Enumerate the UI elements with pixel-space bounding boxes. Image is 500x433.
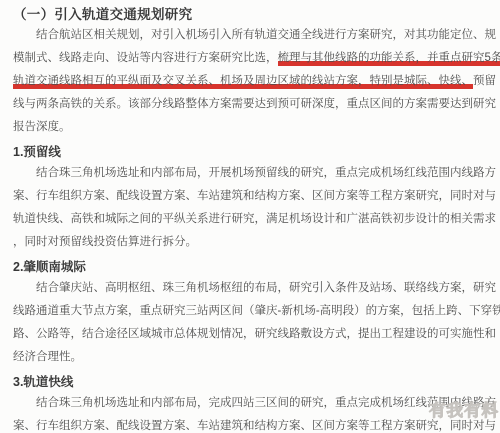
text-line: 案、行车组织方案、配线设置方案、车站建筑和结构方案、区间方案等工程方案研究，同时… [13, 415, 496, 433]
text-segment: 线路通道重大节点方案，重点研究三站两区间（肇庆-新机场-高明段）的方案，包括上跨… [13, 305, 500, 317]
text-segment: 案、行车组织方案、配线设置方案、车站建筑和结构方案、区间方案等工程方案研究，同时… [13, 420, 496, 432]
text-segment: 轨道快线、高铁和城际之间的平纵关系进行研究，满足机场设计和广湛高铁初步设计的相关… [13, 213, 496, 225]
paragraph: 结合珠三角机场选址和内部布局，开展机场预留线的研究，重点完成机场红线范围内线路方… [13, 162, 496, 254]
paragraph: 结合航站区相关规划，对引入机场引入所有轨道交通全线进行方案研究，对其功能定位、规… [13, 24, 496, 139]
document-body: 结合航站区相关规划，对引入机场引入所有轨道交通全线进行方案研究，对其功能定位、规… [13, 24, 496, 433]
paragraph: 结合珠三角机场选址和内部布局，完成四站三区间的研究，重点完成机场红线范围内线路方… [13, 392, 496, 433]
text-segment: 线与两条高铁的关系。该部分线路整体方案需要达到预可研深度，重点区间的方案需要达到… [13, 98, 496, 110]
text-segment: 经济合理性。 [13, 351, 82, 363]
text-line: 线与两条高铁的关系。该部分线路整体方案需要达到预可研深度，重点区间的方案需要达到… [13, 93, 496, 116]
text-segment: 结合航站区相关规划，对引入机场引入所有轨道交通全线进行方案研究，对其功能定位、规 [36, 29, 496, 41]
text-line: 结合珠三角机场选址和内部布局，开展机场预留线的研究，重点完成机场红线范围内线路方 [13, 162, 496, 185]
subheading: 2.肇顺南城际 [13, 258, 496, 276]
subheading: 3.轨道快线 [13, 373, 496, 391]
text-line: 模制式、线路走向、设站等内容进行方案研究比选，梳理与其他线路的功能关系，并重点研… [13, 47, 496, 70]
text-line: 结合航站区相关规划，对引入机场引入所有轨道交通全线进行方案研究，对其功能定位、规 [13, 24, 496, 47]
paragraph: 结合肇庆站、高明枢纽、珠三角机场枢纽的布局，研究引入条件及站场、联络线方案，研究… [13, 277, 496, 369]
text-segment: 报告深度。 [13, 121, 71, 133]
red-underlined-text: 梳理与其他线路的功能关系，并重点研究5条 [278, 52, 500, 66]
text-line: 经济合理性。 [13, 346, 496, 369]
text-segment: ，同时对预留线投资估算进行拆分。 [13, 236, 197, 248]
text-line: 报告深度。 [13, 116, 496, 139]
text-line: 轨道交通线路相互的平纵面及交叉关系、机场及周边区域的线站方案，特别是城际、快线、… [13, 70, 496, 93]
text-line: 轨道快线、高铁和城际之间的平纵关系进行研究，满足机场设计和广湛高铁初步设计的相关… [13, 208, 496, 231]
text-line: ，同时对预留线投资估算进行拆分。 [13, 231, 496, 254]
text-segment: 结合肇庆站、高明枢纽、珠三角机场枢纽的布局，研究引入条件及站场、联络线方案，研究 [36, 282, 496, 294]
document-page: （一）引入轨道交通规划研究 结合航站区相关规划，对引入机场引入所有轨道交通全线进… [0, 0, 500, 433]
text-line: 案、行车组织方案、配线设置方案、车站建筑和结构方案、区间方案等工程方案研究，同时… [13, 185, 496, 208]
text-segment: 结合珠三角机场选址和内部布局，完成四站三区间的研究，重点完成机场红线范围内线路方 [36, 397, 496, 409]
red-underlined-text: 轨道交通线路相互的平纵面及交叉关系、机场及周边区域的线站方案，特别是城际、快线、 [13, 75, 473, 89]
text-line: 结合珠三角机场选址和内部布局，完成四站三区间的研究，重点完成机场红线范围内线路方 [13, 392, 496, 415]
text-line: 线路通道重大节点方案，重点研究三站两区间（肇庆-新机场-高明段）的方案，包括上跨… [13, 300, 496, 323]
text-line: 结合肇庆站、高明枢纽、珠三角机场枢纽的布局，研究引入条件及站场、联络线方案，研究 [13, 277, 496, 300]
text-segment: 案、行车组织方案、配线设置方案、车站建筑和结构方案、区间方案等工程方案研究，同时… [13, 190, 496, 202]
text-segment: 模制式、线路走向、设站等内容进行方案研究比选， [13, 52, 278, 64]
text-line: 路、公路等，结合途径区域城市总体规划情况，研究线路敷设方式，提出工程建设的可实施… [13, 323, 496, 346]
section-heading: （一）引入轨道交通规划研究 [13, 6, 496, 24]
text-segment: 路、公路等，结合途径区域城市总体规划情况，研究线路敷设方式，提出工程建设的可实施… [13, 328, 496, 340]
text-segment: 结合珠三角机场选址和内部布局，开展机场预留线的研究，重点完成机场红线范围内线路方 [36, 167, 496, 179]
text-segment: 预留 [473, 75, 496, 87]
subheading: 1.预留线 [13, 143, 496, 161]
